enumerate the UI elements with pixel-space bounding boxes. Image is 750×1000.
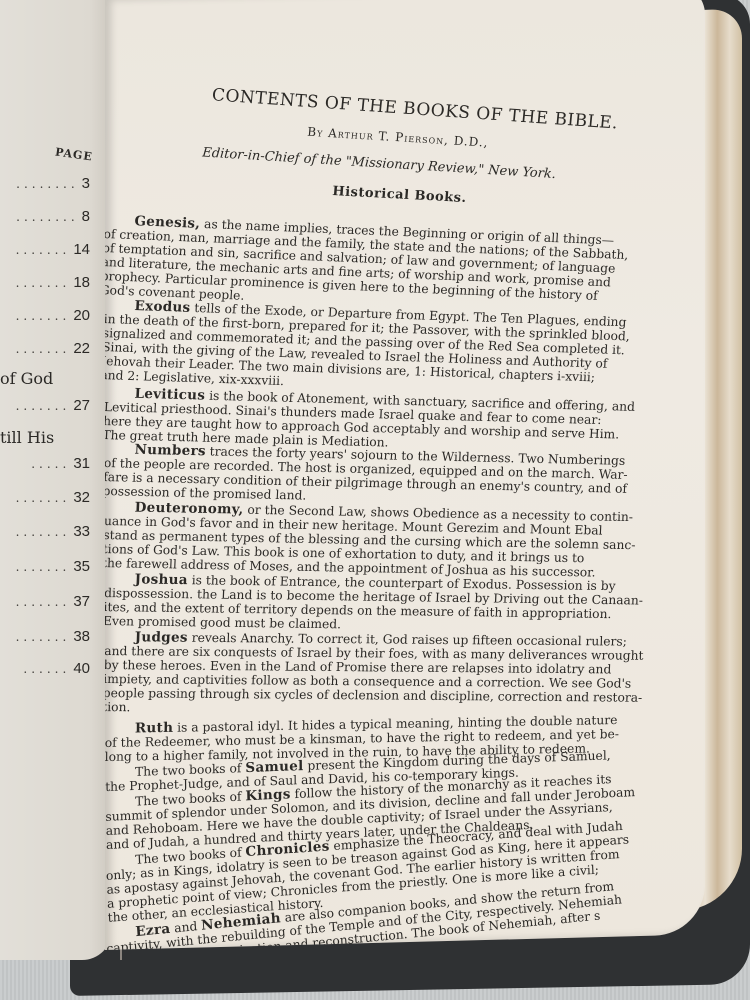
toc-page-number: 18 — [73, 274, 90, 291]
toc-page-number: 27 — [73, 397, 90, 414]
toc-entry: ........3 — [0, 175, 90, 192]
toc-page-number: 37 — [73, 593, 90, 610]
toc-entry: .......38 — [0, 628, 90, 645]
toc-entry: .......32 — [0, 489, 90, 506]
toc-page-number: 35 — [73, 558, 90, 575]
toc-entry-text: till His — [0, 428, 54, 447]
toc-page-number: 31 — [73, 455, 90, 472]
toc-page-number: 32 — [73, 489, 90, 506]
toc-entry: .......18 — [0, 274, 90, 291]
toc-page-number: 14 — [73, 241, 90, 258]
toc-page-number: 33 — [73, 523, 90, 540]
book-name: Ruth — [135, 720, 173, 736]
toc-entry: .....31 — [0, 455, 90, 472]
toc-entry: .......14 — [0, 241, 90, 258]
toc-entry: .......22 — [0, 340, 90, 357]
paragraph-joshua: Joshua is the book of Entrance, the coun… — [105, 572, 665, 636]
page-title: CONTENTS OF THE BOOKS OF THE BIBLE. — [211, 85, 619, 133]
toc-entry: .......33 — [0, 523, 90, 540]
paragraph-judges: Judges reveals Anarchy. To correct it, G… — [105, 630, 665, 719]
toc-page-number: 38 — [73, 628, 90, 645]
toc-entry: ........8 — [0, 208, 90, 225]
toc-entry: .......20 — [0, 307, 90, 324]
editor-line: Editor-in-Chief of the "Missionary Revie… — [202, 145, 557, 182]
paragraph-exodus: Exodus tells of the Exode, or Departure … — [105, 298, 664, 401]
toc-entry-text: of God — [0, 369, 53, 388]
toc-entry: .......27 — [0, 397, 90, 414]
toc-page-number: 40 — [73, 660, 90, 677]
section-heading: Historical Books. — [332, 184, 467, 206]
toc-entry: ......40 — [0, 660, 90, 677]
toc-page-number: 8 — [82, 208, 90, 225]
toc-entry: .......37 — [0, 593, 90, 610]
toc-page-number: 22 — [73, 340, 90, 357]
paragraph-deuteronomy: Deuteronomy, or the Second Law, shows Ob… — [105, 500, 664, 581]
toc-page-header: PAGE — [54, 145, 93, 163]
toc-entry: .......35 — [0, 558, 90, 575]
author-byline: By Arthur T. Pierson, D.D., — [307, 125, 489, 150]
left-page: PAGE ........3 ........8 .......14 .....… — [0, 0, 112, 960]
right-page: CONTENTS OF THE BOOKS OF THE BIBLE. By A… — [105, 0, 705, 950]
toc-page-number: 3 — [82, 175, 90, 192]
paragraph-numbers: Numbers traces the forty years' sojourn … — [105, 442, 664, 511]
toc-page-number: 20 — [73, 307, 90, 324]
